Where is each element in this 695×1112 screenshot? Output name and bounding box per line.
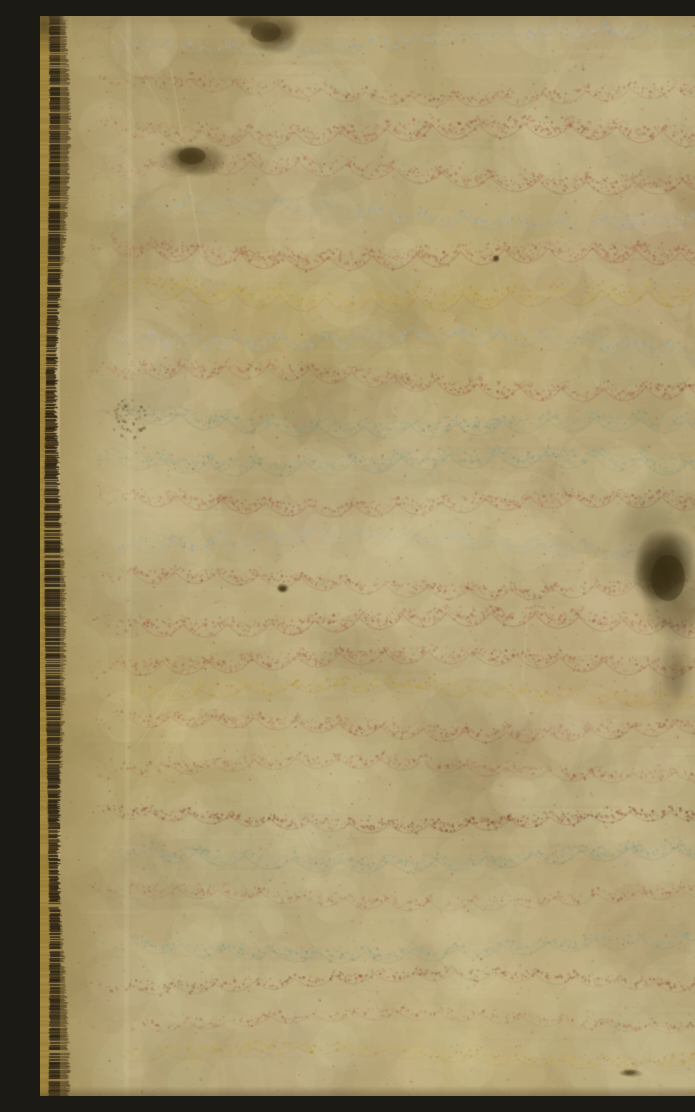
marbled-paper-canvas	[40, 16, 695, 1096]
book-cover-photo	[40, 16, 695, 1096]
